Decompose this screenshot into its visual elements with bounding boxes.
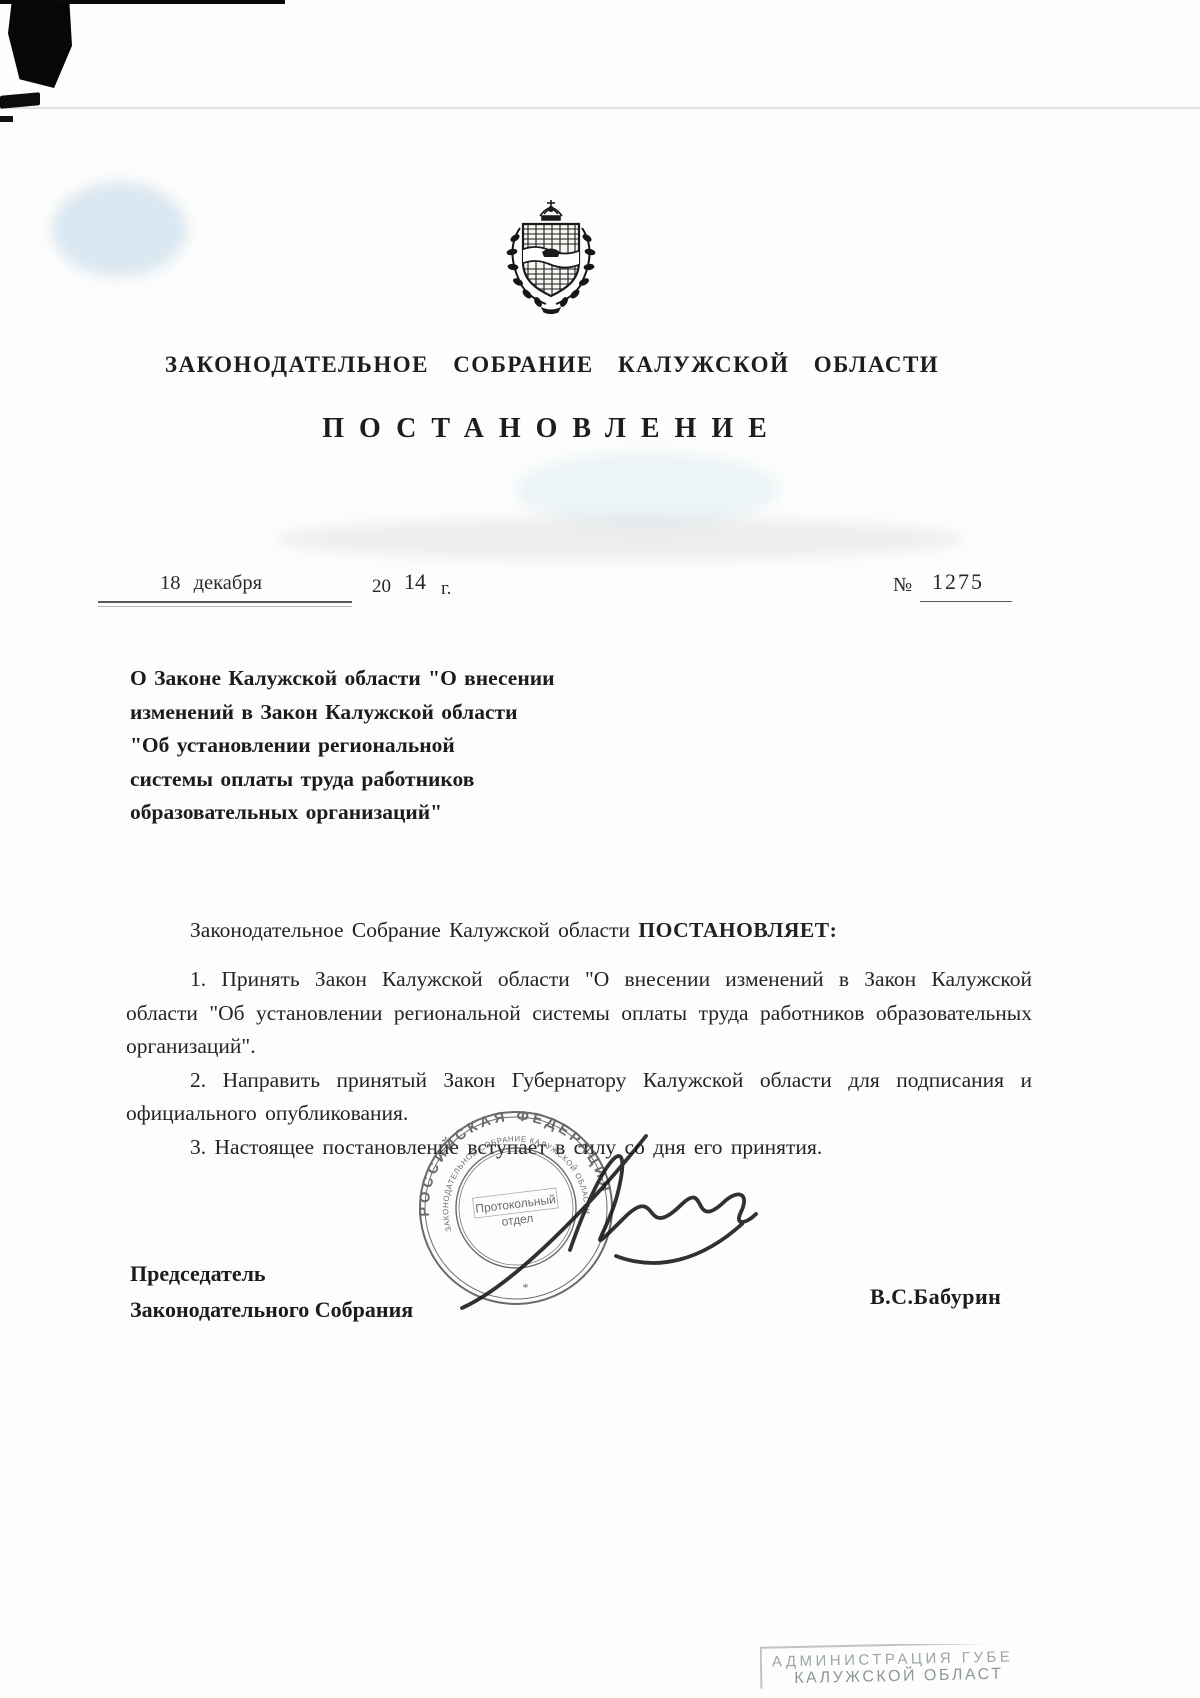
signer-name: В.С.Бабурин <box>870 1284 1001 1310</box>
subject-line: "Об установлении региональной <box>130 729 690 763</box>
subject-line: изменений в Закон Калужской области <box>130 696 690 730</box>
subject-block: О Законе Калужской области "О внесении и… <box>130 662 690 830</box>
number-value: 1275 <box>932 569 984 595</box>
scan-smudge-gray <box>275 518 965 560</box>
date-century: 20 <box>372 576 391 598</box>
document-type-title: ПОСТАНОВЛЕНИЕ <box>0 413 1104 445</box>
coat-of-arms-icon <box>490 192 612 314</box>
date-number-line: 18 декабря 20 14 г. № 1275 <box>0 568 1200 612</box>
subject-line: системы оплаты труда работников <box>130 763 690 797</box>
subject-line: образовательных организаций" <box>130 796 690 830</box>
scan-artifact-dash-small <box>0 116 13 122</box>
scan-smudge-blue-2 <box>515 452 780 527</box>
incoming-stamp-box: АДМИНИСТРАЦИЯ ГУБЕ КАЛУЖСКОЙ ОБЛАСТ <box>760 1644 1024 1689</box>
organization-name: ЗАКОНОДАТЕЛЬНОЕ СОБРАНИЕ КАЛУЖСКОЙ ОБЛАС… <box>0 352 1104 378</box>
date-suffix: г. <box>441 578 451 600</box>
scan-fold-line <box>0 107 1200 109</box>
date-year: 14 <box>404 569 426 595</box>
scanned-decree-page: ЗАКОНОДАТЕЛЬНОЕ СОБРАНИЕ КАЛУЖСКОЙ ОБЛАС… <box>0 0 1200 1698</box>
scan-artifact-blob <box>8 0 72 88</box>
number-underline <box>920 601 1012 602</box>
date-day-month: 18 декабря <box>160 572 262 595</box>
incoming-registration-stamp: АДМИНИСТРАЦИЯ ГУБЕ КАЛУЖСКОЙ ОБЛАСТ <box>760 1644 1200 1698</box>
subject-line: О Законе Калужской области "О внесении <box>130 662 690 696</box>
incoming-stamp-line2: КАЛУЖСКОЙ ОБЛАСТ <box>772 1665 1014 1688</box>
preamble: Законодательное Собрание Калужской облас… <box>190 918 1050 943</box>
date-underline <box>98 601 352 607</box>
scan-smudge-blue <box>52 182 187 277</box>
number-sign: № <box>893 574 912 597</box>
resolution-item-1: 1. Принять Закон Калужской области "О вн… <box>126 963 1032 1064</box>
signature-scribble-icon <box>420 1092 820 1327</box>
preamble-lead: Законодательное Собрание Калужской облас… <box>190 918 638 942</box>
preamble-verb: ПОСТАНОВЛЯЕТ: <box>638 918 837 942</box>
